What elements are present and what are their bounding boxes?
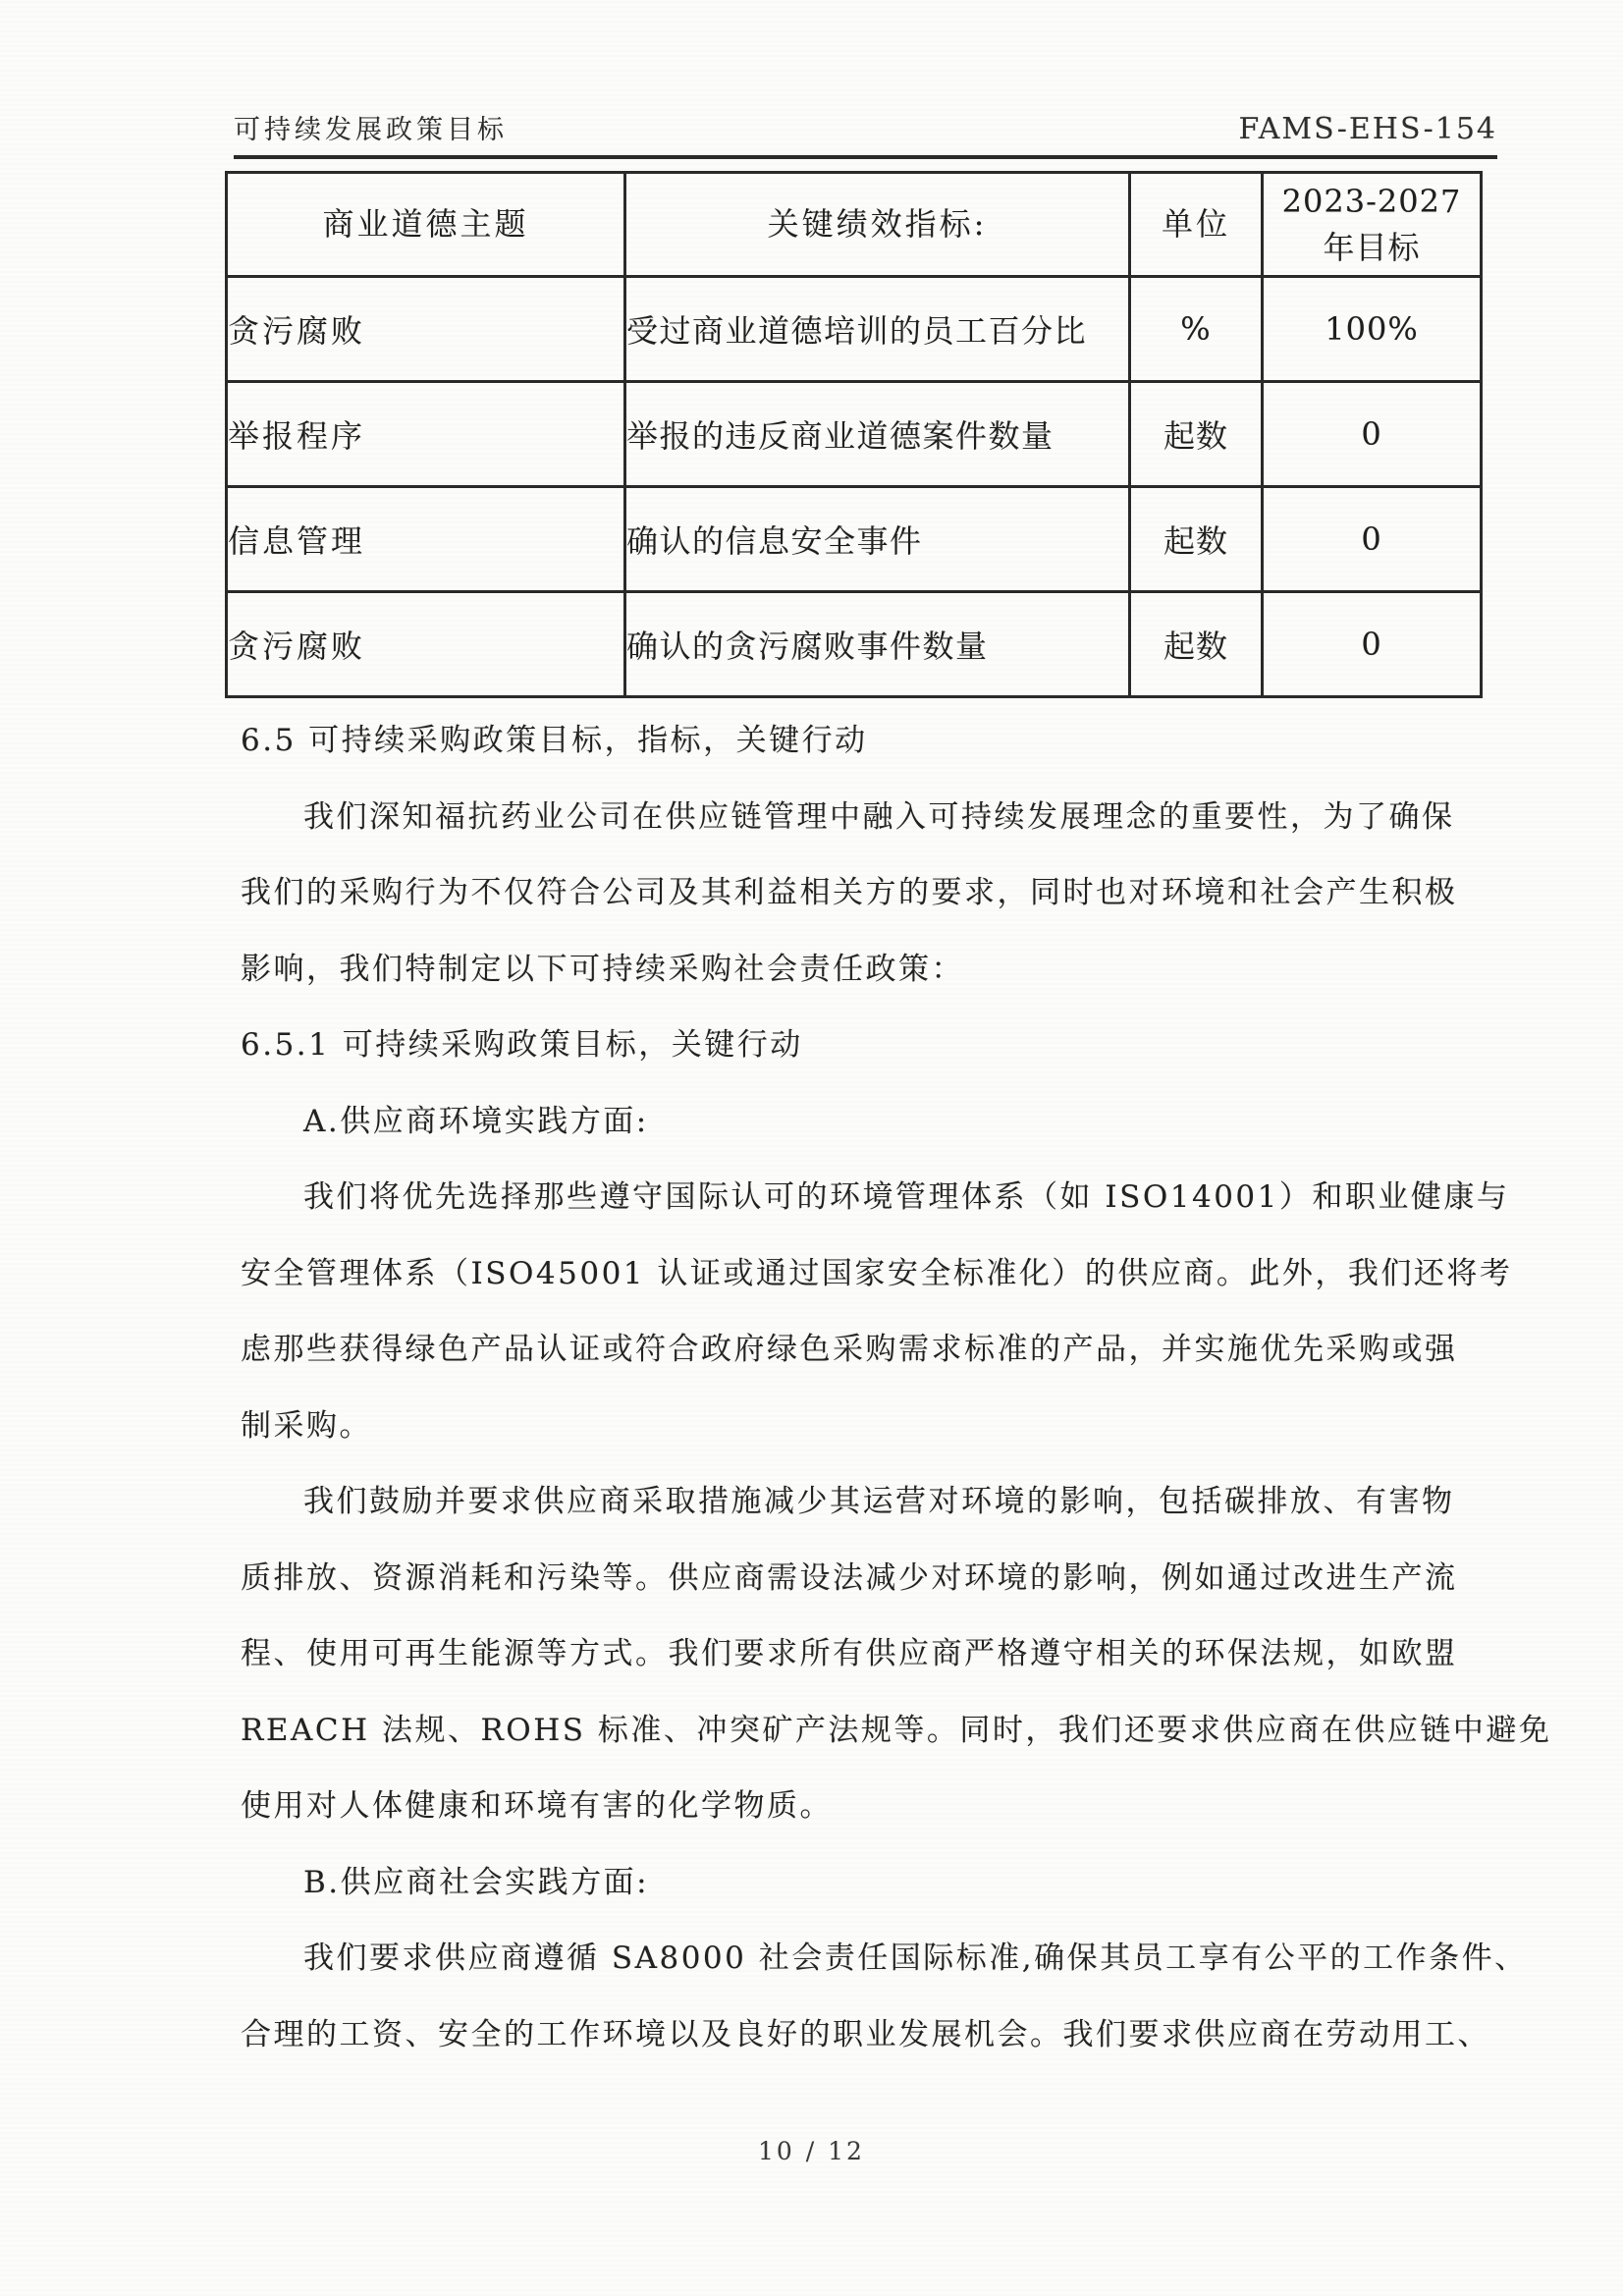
table-row: 信息管理 确认的信息安全事件 起数 0 <box>227 487 1482 592</box>
body-line: 我们要求供应商遵循 SA8000 社会责任国际标准,确保其员工享有公平的工作条件… <box>241 1921 1509 1997</box>
document-page: 可持续发展政策目标 FAMS-EHS-154 商业道德主题 关键绩效指标: 单位… <box>0 0 1623 2296</box>
body-line: REACH 法规、ROHS 标准、冲突矿产法规等。同时，我们还要求供应商在供应链… <box>241 1693 1509 1770</box>
document-body: 6.5 可持续采购政策目标，指标，关键行动 我们深知福抗药业公司在供应链管理中融… <box>241 703 1509 2073</box>
kpi-table: 商业道德主题 关键绩效指标: 单位 2023-2027 年目标 贪污腐败 受过商… <box>225 171 1483 698</box>
cell-kpi: 确认的贪污腐败事件数量 <box>625 592 1130 697</box>
body-line: 使用对人体健康和环境有害的化学物质。 <box>241 1769 1509 1845</box>
body-line: 虑那些获得绿色产品认证或符合政府绿色采购需求标准的产品，并实施优先采购或强 <box>241 1312 1509 1389</box>
cell-kpi: 举报的违反商业道德案件数量 <box>625 382 1130 487</box>
table-row: 举报程序 举报的违反商业道德案件数量 起数 0 <box>227 382 1482 487</box>
cell-unit: 起数 <box>1130 487 1263 592</box>
cell-topic: 信息管理 <box>227 487 625 592</box>
column-header-target: 2023-2027 年目标 <box>1263 173 1482 277</box>
cell-kpi: 确认的信息安全事件 <box>625 487 1130 592</box>
column-header-unit: 单位 <box>1130 173 1263 277</box>
cell-unit: % <box>1130 277 1263 382</box>
cell-target: 0 <box>1263 487 1482 592</box>
body-line: 影响，我们特制定以下可持续采购社会责任政策： <box>241 932 1509 1009</box>
cell-topic: 贪污腐败 <box>227 592 625 697</box>
cell-target: 0 <box>1263 382 1482 487</box>
body-line: 我们深知福抗药业公司在供应链管理中融入可持续发展理念的重要性，为了确保 <box>241 780 1509 856</box>
section-heading-6-5-1: 6.5.1 可持续采购政策目标，关键行动 <box>241 1008 1509 1084</box>
cell-topic: 贪污腐败 <box>227 277 625 382</box>
body-line: 安全管理体系（ISO45001 认证或通过国家安全标准化）的供应商。此外，我们还… <box>241 1236 1509 1313</box>
page-header: 可持续发展政策目标 FAMS-EHS-154 <box>234 108 1497 159</box>
header-title: 可持续发展政策目标 <box>234 108 508 146</box>
subsection-heading-a: A.供应商环境实践方面: <box>241 1084 1509 1161</box>
column-header-topic: 商业道德主题 <box>227 173 625 277</box>
cell-unit: 起数 <box>1130 592 1263 697</box>
table-header-row: 商业道德主题 关键绩效指标: 单位 2023-2027 年目标 <box>227 173 1482 277</box>
table-row: 贪污腐败 确认的贪污腐败事件数量 起数 0 <box>227 592 1482 697</box>
body-line: 我们鼓励并要求供应商采取措施减少其运营对环境的影响，包括碳排放、有害物 <box>241 1464 1509 1541</box>
cell-unit: 起数 <box>1130 382 1263 487</box>
body-line: 我们的采购行为不仅符合公司及其利益相关方的要求，同时也对环境和社会产生积极 <box>241 855 1509 932</box>
body-line: 质排放、资源消耗和污染等。供应商需设法减少对环境的影响，例如通过改进生产流 <box>241 1541 1509 1617</box>
document-code: FAMS-EHS-154 <box>1239 112 1498 146</box>
body-line: 合理的工资、安全的工作环境以及良好的职业发展机会。我们要求供应商在劳动用工、 <box>241 1997 1509 2074</box>
table-row: 贪污腐败 受过商业道德培训的员工百分比 % 100% <box>227 277 1482 382</box>
subsection-heading-b: B.供应商社会实践方面: <box>241 1845 1509 1922</box>
body-line: 制采购。 <box>241 1389 1509 1465</box>
cell-topic: 举报程序 <box>227 382 625 487</box>
cell-target: 0 <box>1263 592 1482 697</box>
page-number: 10 / 12 <box>0 2137 1623 2165</box>
body-line: 我们将优先选择那些遵守国际认可的环境管理体系（如 ISO14001）和职业健康与 <box>241 1160 1509 1236</box>
cell-target: 100% <box>1263 277 1482 382</box>
section-heading-6-5: 6.5 可持续采购政策目标，指标，关键行动 <box>241 703 1509 780</box>
body-line: 程、使用可再生能源等方式。我们要求所有供应商严格遵守相关的环保法规，如欧盟 <box>241 1616 1509 1693</box>
column-header-kpi: 关键绩效指标: <box>625 173 1130 277</box>
cell-kpi: 受过商业道德培训的员工百分比 <box>625 277 1130 382</box>
